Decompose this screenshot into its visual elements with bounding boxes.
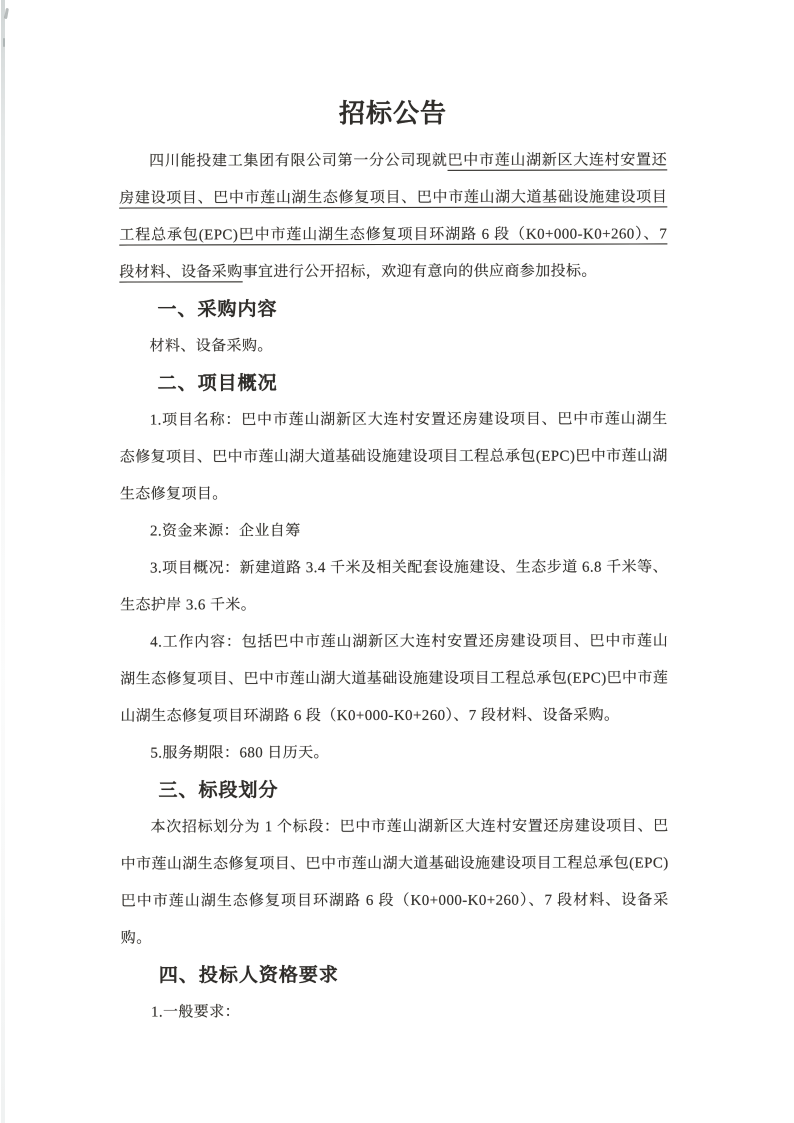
scan-speck [4,8,9,19]
paragraph-funding-source: 2.资金来源：企业自筹 [120,512,668,550]
paragraph-project-name: 1.项目名称：巴中市莲山湖新区大连村安置还房建设项目、巴中市莲山湖生态修复项目、… [120,401,668,513]
document-title: 招标公告 [119,96,667,129]
document-content: 招标公告 四川能投建工集团有限公司第一分公司现就巴中市莲山湖新区大连村安置还房建… [119,96,669,1031]
paragraph-procurement-content: 材料、设备采购。 [120,327,668,365]
section-heading-bid-lot-division: 三、标段划分 [120,771,668,809]
intro-text-tail: 事宜进行公开招标，欢迎有意向的供应商参加投标。 [243,264,597,281]
scan-speck [3,38,5,47]
section-heading-procurement-content: 一、采购内容 [119,290,667,328]
intro-text-lead: 四川能投建工集团有限公司第一分公司现就 [149,153,447,170]
paragraph-general-requirements: 1.一般要求： [121,993,669,1031]
paragraph-work-content: 4.工作内容：包括巴中市莲山湖新区大连村安置还房建设项目、巴中市莲山湖生态修复项… [120,623,668,735]
paragraph-bid-lot-division: 本次招标划分为 1 个标段：巴中市莲山湖新区大连村安置还房建设项目、巴中市莲山湖… [121,808,669,957]
paragraph-project-scope: 3.项目概况：新建道路 3.4 千米及相关配套设施建设、生态步道 6.8 千米等… [120,549,668,624]
intro-paragraph: 四川能投建工集团有限公司第一分公司现就巴中市莲山湖新区大连村安置还房建设项目、巴… [119,142,667,291]
paragraph-service-period: 5.服务期限：680 日历天。 [120,734,668,772]
section-heading-bidder-qualification: 四、投标人资格要求 [121,956,669,994]
section-heading-project-overview: 二、项目概况 [120,364,668,402]
intro-text-underlined-project-names: 巴中市莲山湖新区大连村安置还房建设项目、巴中市莲山湖生态修复项目、巴中市莲山湖大… [119,152,667,280]
scan-artifact-left-edge [1,0,5,1123]
scanned-document-page: 招标公告 四川能投建工集团有限公司第一分公司现就巴中市莲山湖新区大连村安置还房建… [0,0,794,1123]
